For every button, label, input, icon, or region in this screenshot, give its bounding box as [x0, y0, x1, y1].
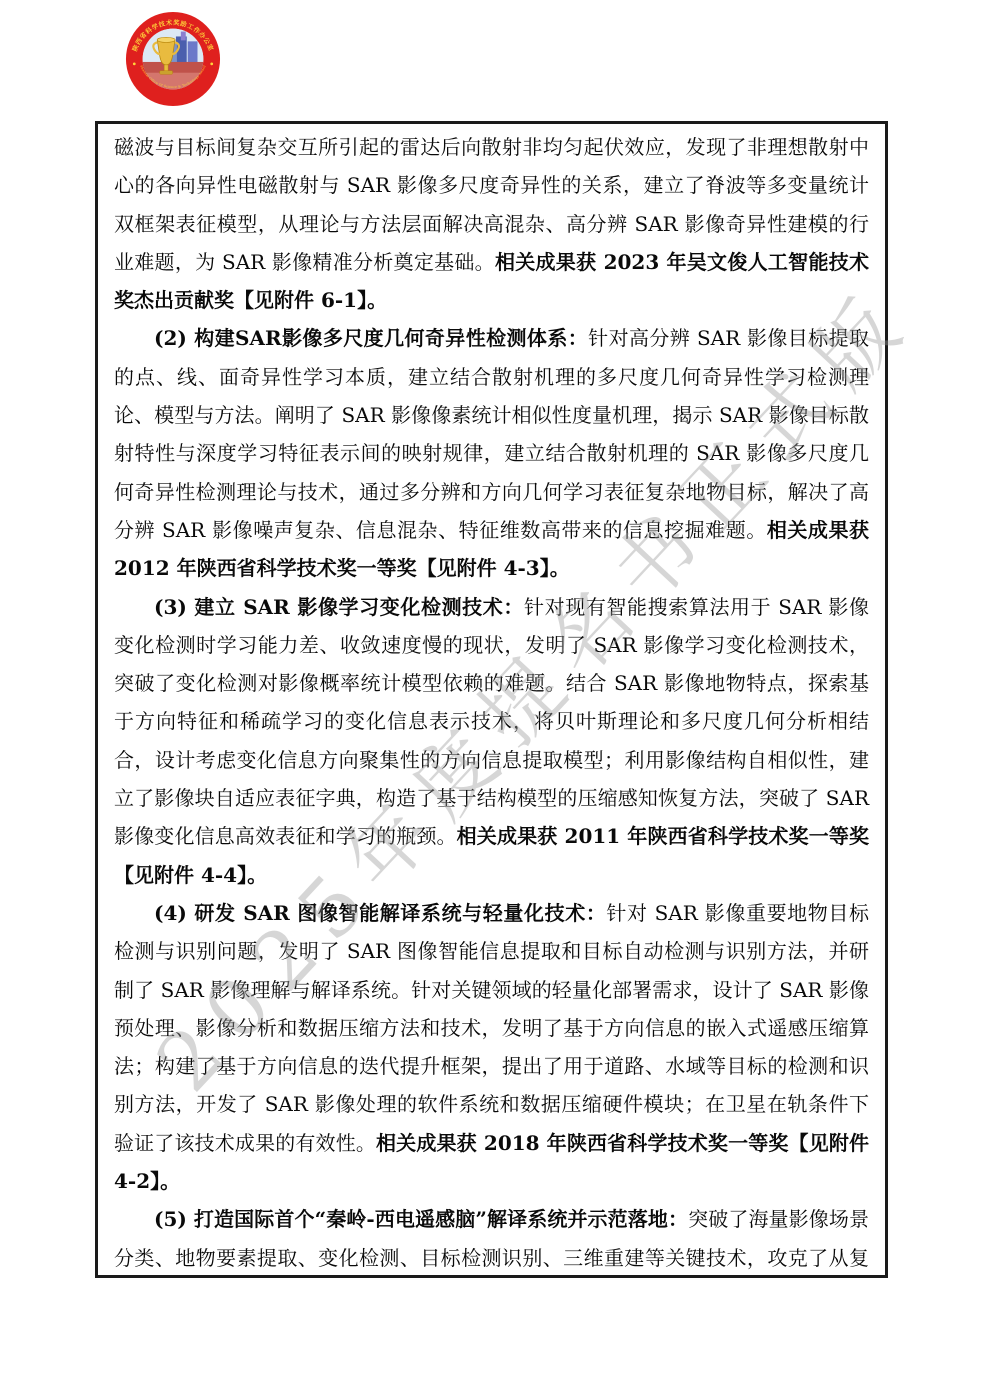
seal-right-dot: [210, 63, 213, 66]
paragraph-2: (2) 构建SAR影像多尺度几何奇异性检测体系：针对高分辨 SAR 影像目标提取…: [114, 319, 869, 587]
text-run: 针对高分辨 SAR 影像目标提取的点、线、面奇异性学习本质，建立结合散射机理的多…: [114, 326, 869, 541]
paragraph-3: (3) 建立 SAR 影像学习变化检测技术：针对现有智能搜索算法用于 SAR 影…: [114, 588, 869, 894]
section-heading-5: (5) 打造国际首个“秦岭-西电遥感脑”解译系统并示范落地：: [154, 1207, 688, 1231]
paragraph-1-continuation: 磁波与目标间复杂交互所引起的雷达后向散射非均匀起伏效应，发现了非理想散射中心的各…: [114, 128, 869, 319]
section-heading-2: (2) 构建SAR影像多尺度几何奇异性检测体系：: [154, 326, 588, 350]
section-heading-4: (4) 研发 SAR 图像智能解译系统与轻量化技术：: [154, 901, 606, 925]
paragraph-4: (4) 研发 SAR 图像智能解译系统与轻量化技术：针对 SAR 影像重要地物目…: [114, 894, 869, 1200]
section-heading-3: (3) 建立 SAR 影像学习变化检测技术：: [154, 595, 524, 619]
document-page: 陕西省科学技术奖励工作办公室 Shaanxi Office Of Science…: [0, 0, 990, 1399]
content-border-box: 磁波与目标间复杂交互所引起的雷达后向散射非均匀起伏效应，发现了非理想散射中心的各…: [95, 121, 888, 1278]
paragraph-5: (5) 打造国际首个“秦岭-西电遥感脑”解译系统并示范落地：突破了海量影像场景分…: [114, 1200, 869, 1278]
seal-left-dot: [133, 63, 136, 66]
text-run: 针对 SAR 影像重要地物目标检测与识别问题，发明了 SAR 图像智能信息提取和…: [114, 901, 869, 1155]
award-office-seal: 陕西省科学技术奖励工作办公室 Shaanxi Office Of Science…: [124, 10, 222, 108]
text-run: 针对现有智能搜索算法用于 SAR 影像变化检测时学习能力差、收敛速度慢的现状，发…: [114, 595, 869, 849]
